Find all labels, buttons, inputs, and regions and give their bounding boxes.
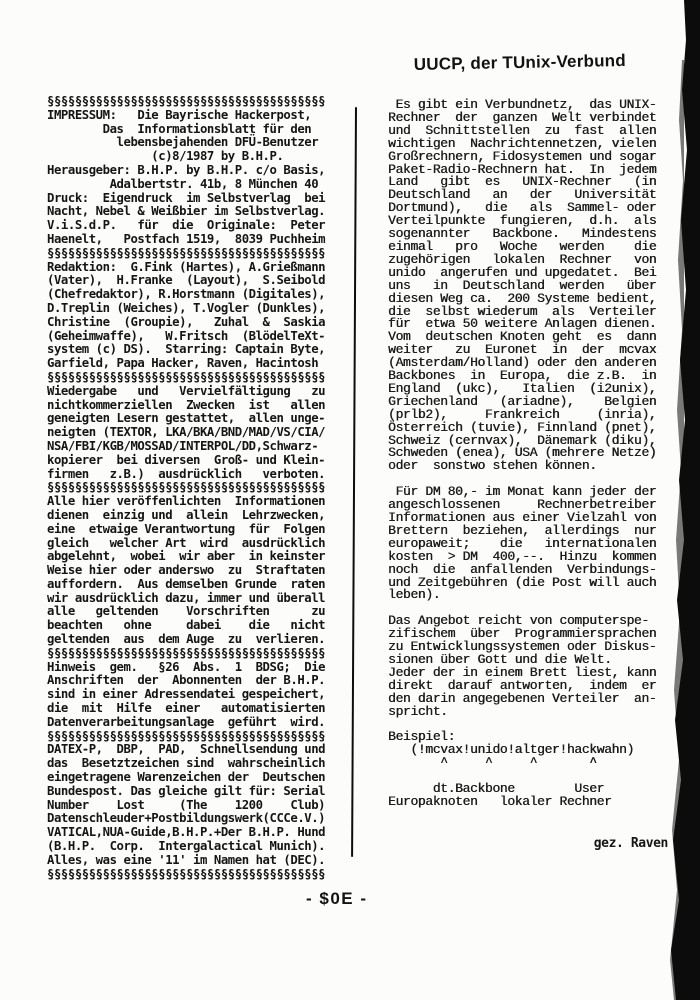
article-body-text: Es gibt ein Verbundnetz, das UNIX- Rechn…: [388, 99, 688, 809]
article-signature: gez. Raven: [594, 836, 668, 851]
impressum-column: §§§§§§§§§§§§§§§§§§§§§§§§§§§§§§§§§§§§§§§§…: [47, 95, 359, 881]
article-column: UUCP, der TUnix-Verbund Es gibt ein Verb…: [388, 55, 688, 809]
page-number: - $0E -: [306, 889, 368, 909]
impressum-text-block: §§§§§§§§§§§§§§§§§§§§§§§§§§§§§§§§§§§§§§§§…: [47, 95, 359, 881]
scanned-newsletter-page: §§§§§§§§§§§§§§§§§§§§§§§§§§§§§§§§§§§§§§§§…: [0, 0, 700, 1000]
article-title: UUCP, der TUnix-Verbund: [414, 50, 688, 75]
